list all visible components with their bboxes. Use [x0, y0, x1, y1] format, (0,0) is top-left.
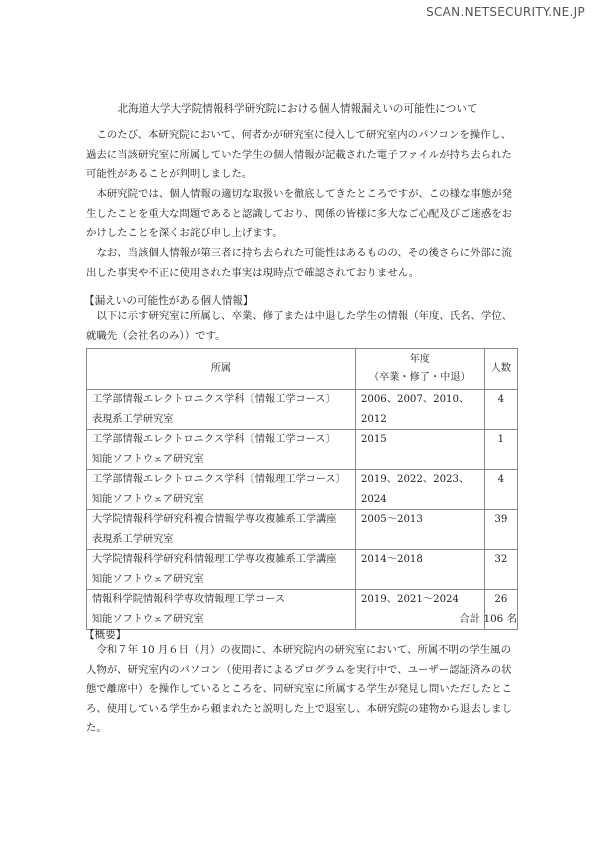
table-row: 情報科学院情報科学専攻情報理工学コース 知能ソフトウェア研究室 2019、202… — [87, 590, 518, 630]
cell-affiliation: 工学部情報エレクトロニクス学科〔情報工学コース〕 表現系工学研究室 — [87, 390, 356, 430]
cell-count: 1 — [484, 430, 517, 470]
table-header-row: 所属 年度 （卒業・修了・中退） 人数 — [87, 349, 518, 390]
affiliation-line2: 知能ソフトウェア研究室 — [92, 490, 350, 510]
cell-count: 4 — [484, 470, 517, 510]
header-count: 人数 — [484, 349, 517, 390]
intro-paragraph-3: なお、当該個人情報が第三者に持ち去られた可能性はあるものの、その後さらに外部に流… — [86, 244, 518, 283]
section-heading-overview: 【概要】 — [84, 627, 126, 642]
cell-years: 2015 — [355, 430, 484, 470]
cell-affiliation: 工学部情報エレクトロニクス学科〔情報工学コース〕 知能ソフトウェア研究室 — [87, 430, 356, 470]
cell-count: 4 — [484, 390, 517, 430]
affiliation-line1: 工学部情報エレクトロニクス学科〔情報工学コース〕 — [92, 430, 350, 450]
section-heading-leaked-info: 【漏えいの可能性がある個人情報】 — [84, 293, 254, 308]
table-row: 工学部情報エレクトロニクス学科〔情報理工学コース〕 知能ソフトウェア研究室 20… — [87, 470, 518, 510]
cell-years: 2014～2018 — [355, 550, 484, 590]
cell-years: 2005～2013 — [355, 510, 484, 550]
cell-count: 39 — [484, 510, 517, 550]
table-row: 工学部情報エレクトロニクス学科〔情報工学コース〕 表現系工学研究室 2006、2… — [87, 390, 518, 430]
affiliation-line2: 表現系工学研究室 — [92, 410, 350, 430]
affiliation-line2: 知能ソフトウェア研究室 — [92, 610, 350, 630]
cell-years: 2019、2022、2023、2024 — [355, 470, 484, 510]
affiliation-line1: 大学院情報科学研究科複合情報学専攻複雑系工学講座 — [92, 510, 350, 530]
table-total: 合計 106 名 — [459, 610, 517, 625]
cell-count: 32 — [484, 550, 517, 590]
header-year: 年度 （卒業・修了・中退） — [355, 349, 484, 390]
cell-affiliation: 情報科学院情報科学専攻情報理工学コース 知能ソフトウェア研究室 — [87, 590, 356, 630]
document-title: 北海道大学大学院情報科学研究院における個人情報漏えいの可能性について — [0, 101, 595, 116]
table-row: 大学院情報科学研究科複合情報学専攻複雑系工学講座 表現系工学研究室 2005～2… — [87, 510, 518, 550]
cell-affiliation: 大学院情報科学研究科情報理工学専攻複雑系工学講座 知能ソフトウェア研究室 — [87, 550, 356, 590]
leaked-info-table: 所属 年度 （卒業・修了・中退） 人数 工学部情報エレクトロニクス学科〔情報工学… — [86, 348, 518, 630]
header-affiliation: 所属 — [87, 349, 356, 390]
header-year-line1: 年度 — [360, 351, 480, 369]
table-row: 大学院情報科学研究科情報理工学専攻複雑系工学講座 知能ソフトウェア研究室 201… — [87, 550, 518, 590]
intro-paragraph-1: このたび、本研究院において、何者かが研究室に侵入して研究室内のパソコンを操作し、… — [86, 126, 518, 185]
affiliation-line1: 情報科学院情報科学専攻情報理工学コース — [92, 590, 350, 610]
overview-paragraph: 令和７年 10 月６日（月）の夜間に、本研究院内の研究室において、所属不明の学生… — [86, 641, 518, 739]
intro-paragraph-2: 本研究院では、個人情報の適切な取扱いを徹底してきたところですが、この様な事態が発… — [86, 185, 518, 244]
affiliation-line1: 工学部情報エレクトロニクス学科〔情報工学コース〕 — [92, 390, 350, 410]
affiliation-line2: 表現系工学研究室 — [92, 530, 350, 550]
leaked-info-description: 以下に示す研究室に所属し、卒業、修了または中退した学生の情報（年度、氏名、学位、… — [86, 307, 518, 346]
affiliation-line2: 知能ソフトウェア研究室 — [92, 450, 350, 470]
header-year-line2: （卒業・修了・中退） — [360, 369, 480, 387]
watermark: SCAN.NETSECURITY.NE.JP — [426, 5, 585, 19]
table-row: 工学部情報エレクトロニクス学科〔情報工学コース〕 知能ソフトウェア研究室 201… — [87, 430, 518, 470]
cell-affiliation: 大学院情報科学研究科複合情報学専攻複雑系工学講座 表現系工学研究室 — [87, 510, 356, 550]
cell-affiliation: 工学部情報エレクトロニクス学科〔情報理工学コース〕 知能ソフトウェア研究室 — [87, 470, 356, 510]
affiliation-line1: 大学院情報科学研究科情報理工学専攻複雑系工学講座 — [92, 550, 350, 570]
affiliation-line1: 工学部情報エレクトロニクス学科〔情報理工学コース〕 — [92, 470, 350, 490]
affiliation-line2: 知能ソフトウェア研究室 — [92, 570, 350, 590]
cell-years: 2006、2007、2010、2012 — [355, 390, 484, 430]
